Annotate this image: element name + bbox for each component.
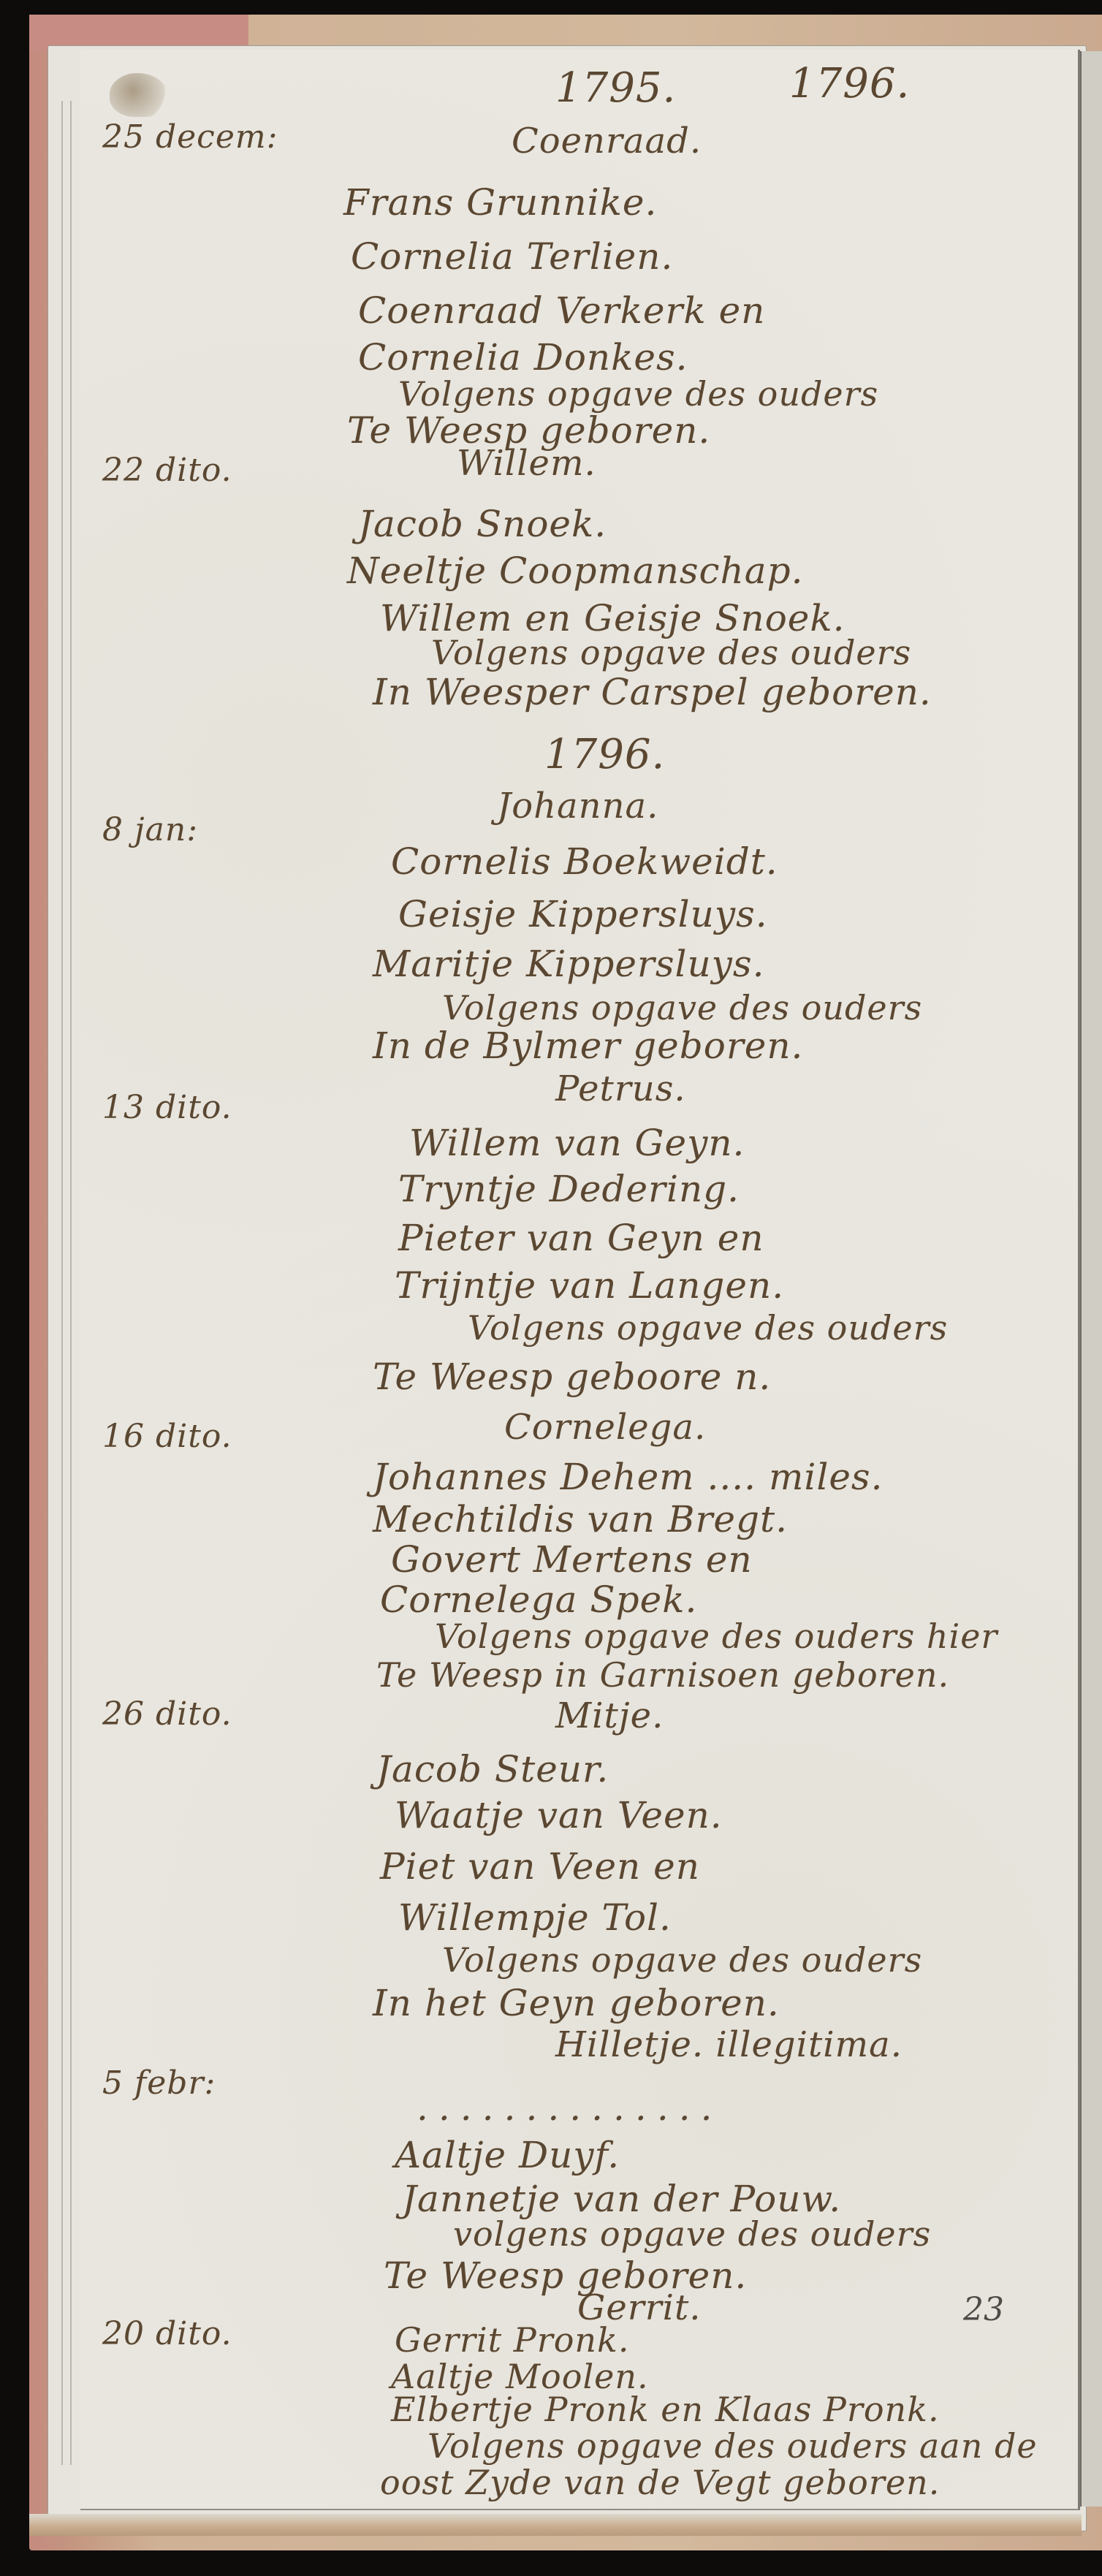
child-name: Willem. xyxy=(457,443,596,484)
child-name: Coenraad. xyxy=(512,121,702,162)
entry-line: In de Bylmer geboren. xyxy=(373,1025,803,1067)
child-name: Cornelega. xyxy=(504,1407,706,1448)
entry-line: Cornelis Boekweidt. xyxy=(391,840,778,883)
entry-line: Cornelega Spek. xyxy=(380,1578,697,1621)
entry-line: Volgens opgave des ouders xyxy=(468,1308,948,1348)
next-page-edge xyxy=(1080,51,1102,2507)
entry-line: In het Geyn geboren. xyxy=(373,1982,780,2024)
entry-line: Volgens opgave des ouders xyxy=(398,374,878,414)
entry-line: Tryntje Dedering. xyxy=(398,1168,740,1210)
entry-date: 20 dito. xyxy=(102,2315,232,2352)
cover-bottom-edge xyxy=(29,2514,1082,2536)
entry-line: Trijntje van Langen. xyxy=(395,1264,784,1307)
entry-line: Jacob Snoek. xyxy=(358,503,607,545)
entry-date: 13 dito. xyxy=(102,1089,232,1126)
entry-date: 5 febr: xyxy=(102,2064,216,2102)
entry-line: .............. xyxy=(417,2086,723,2129)
page-edge-line xyxy=(70,101,72,2465)
entry-date: 25 decem: xyxy=(102,118,278,156)
entry-line: Mechtildis van Bregt. xyxy=(373,1498,788,1540)
entry-line: Johannes Dehem .... miles. xyxy=(373,1456,883,1498)
page-number: 23 xyxy=(963,2291,1004,2328)
child-name: Hilletje. illegitima. xyxy=(555,2024,902,2065)
entry-line: Govert Mertens en xyxy=(391,1538,753,1581)
entry-line: Aaltje Duyf. xyxy=(395,2134,620,2176)
entry-line: oost Zyde van de Vegt geboren. xyxy=(380,2463,940,2502)
entry-line: Volgens opgave des ouders xyxy=(442,1940,922,1980)
entry-line: Cornelia Terlien. xyxy=(351,235,673,278)
entry-line: Piet van Veen en xyxy=(380,1845,700,1888)
child-name: Johanna. xyxy=(497,786,658,827)
header-year-left: 1795. xyxy=(555,64,676,112)
page-edge-line xyxy=(61,101,63,2465)
entry-line: Volgens opgave des ouders aan de xyxy=(427,2426,1038,2466)
ink-blot xyxy=(110,73,168,117)
entry-line: Te Weesp geboore n. xyxy=(373,1356,771,1398)
entry-date: 22 dito. xyxy=(102,452,232,489)
entry-line: volgens opgave des ouders xyxy=(453,2214,931,2254)
year-marker: 1796. xyxy=(544,731,665,778)
entry-line: Maritje Kippersluys. xyxy=(373,943,764,985)
entry-date: 26 dito. xyxy=(102,1695,232,1733)
entry-line: Elbertje Pronk en Klaas Pronk. xyxy=(391,2390,940,2429)
entry-line: Jacob Steur. xyxy=(376,1748,609,1790)
entry-line: Neeltje Coopmanschap. xyxy=(347,550,803,592)
entry-line: Cornelia Donkes. xyxy=(358,336,688,379)
entry-line: Willempje Tol. xyxy=(398,1896,672,1939)
entry-line: Gerrit Pronk. xyxy=(395,2320,630,2360)
entry-line: Pieter van Geyn en xyxy=(398,1217,764,1259)
entry-date: 8 jan: xyxy=(102,811,198,848)
child-name: Petrus. xyxy=(555,1068,686,1109)
entry-line: In Weesper Carspel geboren. xyxy=(373,671,932,713)
child-name: Mitje. xyxy=(555,1695,664,1736)
entry-line: Coenraad Verkerk en xyxy=(358,289,765,332)
entry-line: Geisje Kippersluys. xyxy=(398,893,768,935)
header-year-right: 1796. xyxy=(789,60,910,107)
entry-line: Volgens opgave des ouders hier xyxy=(435,1616,997,1656)
entry-line: Volgens opgave des ouders xyxy=(442,988,922,1027)
entry-line: Frans Grunnike. xyxy=(343,181,657,224)
entry-line: Willem van Geyn. xyxy=(409,1122,745,1164)
entry-line: Te Weesp in Garnisoen geboren. xyxy=(376,1655,949,1695)
entry-line: Volgens opgave des ouders xyxy=(431,633,911,672)
entry-line: Waatje van Veen. xyxy=(395,1794,723,1836)
entry-date: 16 dito. xyxy=(102,1418,232,1455)
